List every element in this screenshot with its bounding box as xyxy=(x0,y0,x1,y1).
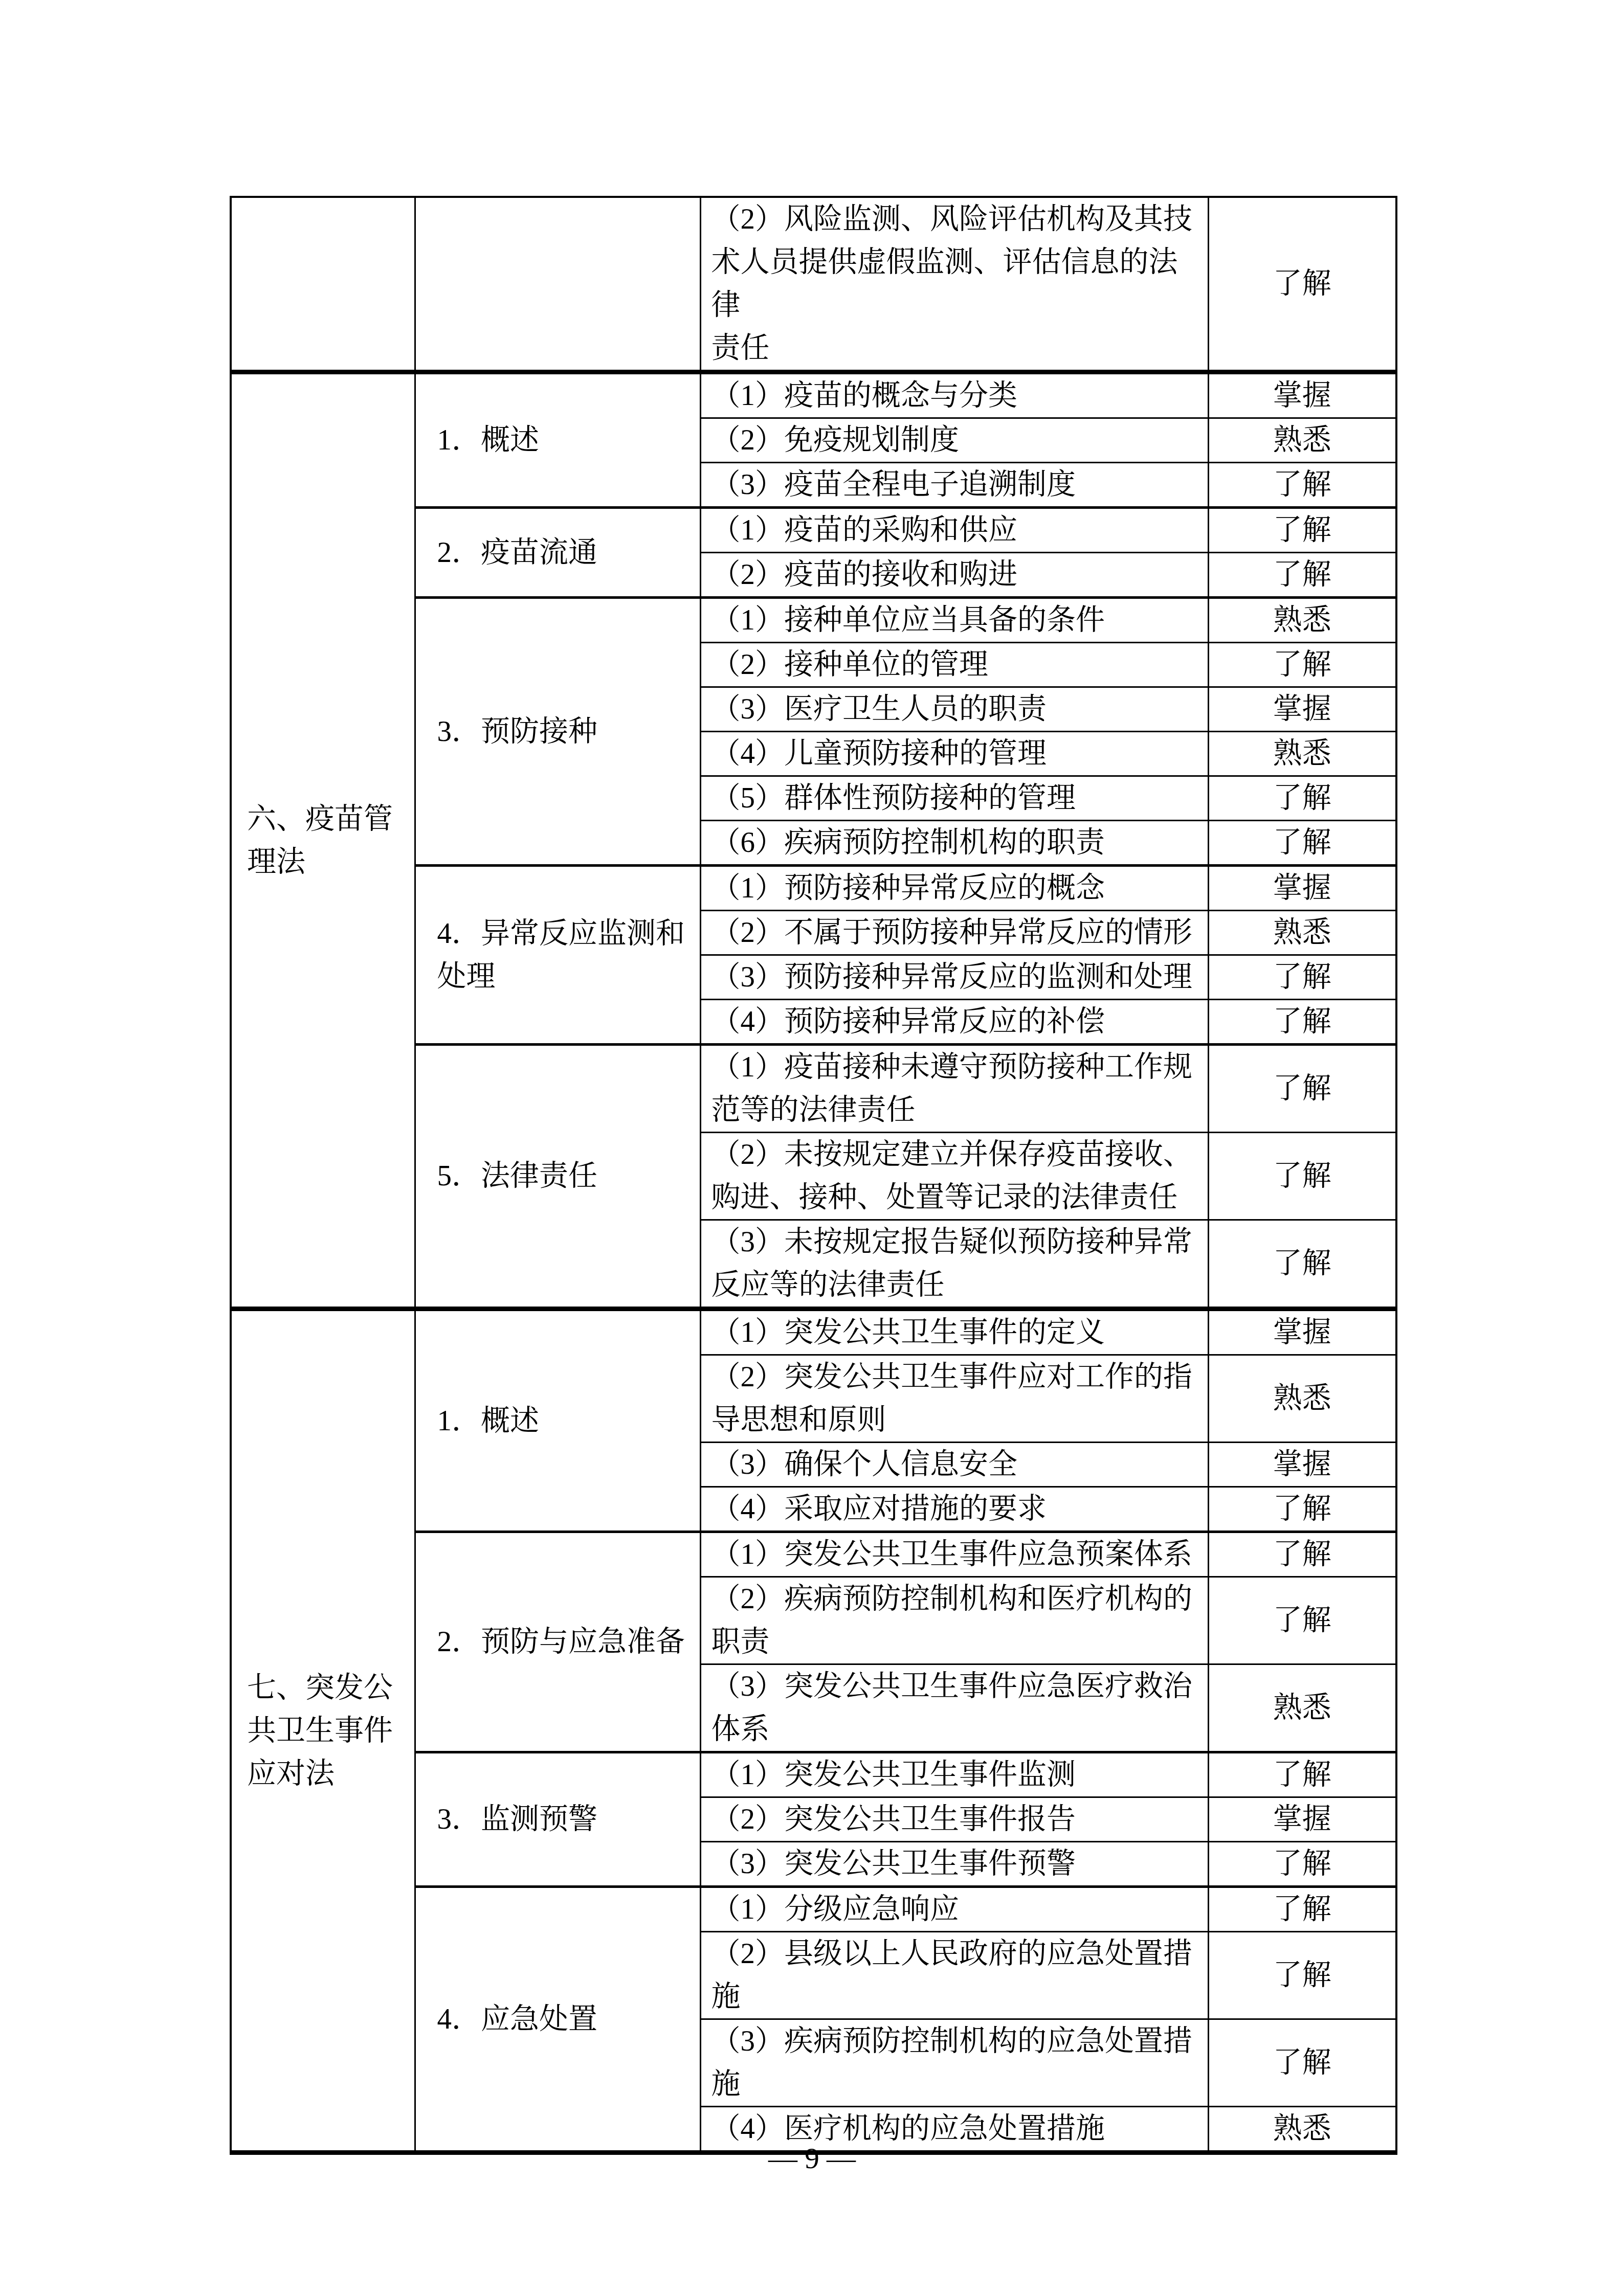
level-cell: 熟悉 xyxy=(1208,911,1396,955)
item-cell: （3）确保个人信息安全 xyxy=(700,1443,1208,1487)
level-cell: 了解 xyxy=(1208,1220,1396,1309)
table-row: 六、疫苗管 理法 1．概述 （1）疫苗的概念与分类 掌握 xyxy=(231,372,1396,418)
level-cell: 了解 xyxy=(1208,508,1396,553)
item-cell: （4）采取应对措施的要求 xyxy=(700,1487,1208,1532)
section-cell: 5．法律责任 xyxy=(415,1045,700,1309)
item-cell: （1）分级应急响应 xyxy=(700,1887,1208,1932)
item-cell: （3）疫苗全程电子追溯制度 xyxy=(700,463,1208,508)
section-cell: 1．概述 xyxy=(415,1309,700,1532)
item-cell: （2）风险监测、风险评估机构及其技 术人员提供虚假监测、评估信息的法律 责任 xyxy=(700,197,1208,372)
level-cell: 熟悉 xyxy=(1208,1664,1396,1752)
level-cell: 了解 xyxy=(1208,776,1396,821)
section-cell: 2．预防与应急准备 xyxy=(415,1532,700,1752)
level-cell: 了解 xyxy=(1208,2019,1396,2107)
level-cell: 了解 xyxy=(1208,197,1396,372)
item-cell: （3）医疗卫生人员的职责 xyxy=(700,687,1208,732)
chapter-cell-empty xyxy=(231,197,415,372)
document-page: （2）风险监测、风险评估机构及其技 术人员提供虚假监测、评估信息的法律 责任 了… xyxy=(0,0,1624,2296)
level-cell: 掌握 xyxy=(1208,866,1396,911)
level-cell: 了解 xyxy=(1208,1133,1396,1220)
level-cell: 了解 xyxy=(1208,1532,1396,1577)
page-number: — 9 — xyxy=(0,2137,1624,2180)
level-cell: 了解 xyxy=(1208,643,1396,687)
syllabus-table: （2）风险监测、风险评估机构及其技 术人员提供虚假监测、评估信息的法律 责任 了… xyxy=(230,196,1397,2155)
level-cell: 了解 xyxy=(1208,1887,1396,1932)
level-cell: 了解 xyxy=(1208,1577,1396,1664)
syllabus-table-container: （2）风险监测、风险评估机构及其技 术人员提供虚假监测、评估信息的法律 责任 了… xyxy=(230,196,1397,2155)
item-cell: （2）不属于预防接种异常反应的情形 xyxy=(700,911,1208,955)
item-cell: （2）疫苗的接收和购进 xyxy=(700,553,1208,598)
item-cell: （2）接种单位的管理 xyxy=(700,643,1208,687)
item-cell: （1）疫苗的采购和供应 xyxy=(700,508,1208,553)
item-cell: （2）疾病预防控制机构和医疗机构的 职责 xyxy=(700,1577,1208,1664)
chapter-cell: 七、突发公 共卫生事件 应对法 xyxy=(231,1309,415,2153)
item-cell: （1）突发公共卫生事件监测 xyxy=(700,1752,1208,1797)
table-row: （2）风险监测、风险评估机构及其技 术人员提供虚假监测、评估信息的法律 责任 了… xyxy=(231,197,1396,372)
item-cell: （2）县级以上人民政府的应急处置措 施 xyxy=(700,1932,1208,2019)
item-cell: （1）预防接种异常反应的概念 xyxy=(700,866,1208,911)
level-cell: 熟悉 xyxy=(1208,1355,1396,1443)
item-cell: （3）未按规定报告疑似预防接种异常 反应等的法律责任 xyxy=(700,1220,1208,1309)
item-cell: （4）儿童预防接种的管理 xyxy=(700,732,1208,776)
section-cell: 4．应急处置 xyxy=(415,1887,700,2153)
item-cell: （6）疾病预防控制机构的职责 xyxy=(700,821,1208,866)
level-cell: 了解 xyxy=(1208,955,1396,1000)
level-cell: 了解 xyxy=(1208,463,1396,508)
item-cell: （3）疾病预防控制机构的应急处置措 施 xyxy=(700,2019,1208,2107)
level-cell: 了解 xyxy=(1208,1752,1396,1797)
item-cell: （1）疫苗接种未遵守预防接种工作规 范等的法律责任 xyxy=(700,1045,1208,1133)
item-cell: （1）接种单位应当具备的条件 xyxy=(700,598,1208,643)
section-cell: 3．监测预警 xyxy=(415,1752,700,1887)
item-cell: （1）突发公共卫生事件应急预案体系 xyxy=(700,1532,1208,1577)
item-cell: （2）未按规定建立并保存疫苗接收、 购进、接种、处置等记录的法律责任 xyxy=(700,1133,1208,1220)
level-cell: 了解 xyxy=(1208,1045,1396,1133)
level-cell: 了解 xyxy=(1208,553,1396,598)
section-cell: 4．异常反应监测和 处理 xyxy=(415,866,700,1045)
level-cell: 了解 xyxy=(1208,821,1396,866)
level-cell: 了解 xyxy=(1208,1842,1396,1887)
chapter-cell: 六、疫苗管 理法 xyxy=(231,372,415,1309)
table-row: 七、突发公 共卫生事件 应对法 1．概述 （1）突发公共卫生事件的定义 掌握 xyxy=(231,1309,1396,1355)
level-cell: 掌握 xyxy=(1208,1309,1396,1355)
item-cell: （5）群体性预防接种的管理 xyxy=(700,776,1208,821)
level-cell: 掌握 xyxy=(1208,1797,1396,1842)
item-cell: （1）突发公共卫生事件的定义 xyxy=(700,1309,1208,1355)
level-cell: 掌握 xyxy=(1208,687,1396,732)
item-cell: （2）突发公共卫生事件报告 xyxy=(700,1797,1208,1842)
level-cell: 了解 xyxy=(1208,1000,1396,1045)
section-cell-empty xyxy=(415,197,700,372)
section-cell: 1．概述 xyxy=(415,372,700,508)
item-cell: （2）突发公共卫生事件应对工作的指 导思想和原则 xyxy=(700,1355,1208,1443)
level-cell: 掌握 xyxy=(1208,372,1396,418)
level-cell: 掌握 xyxy=(1208,1443,1396,1487)
level-cell: 熟悉 xyxy=(1208,418,1396,463)
level-cell: 了解 xyxy=(1208,1487,1396,1532)
level-cell: 熟悉 xyxy=(1208,732,1396,776)
item-cell: （4）预防接种异常反应的补偿 xyxy=(700,1000,1208,1045)
item-cell: （3）预防接种异常反应的监测和处理 xyxy=(700,955,1208,1000)
item-cell: （3）突发公共卫生事件应急医疗救治 体系 xyxy=(700,1664,1208,1752)
item-cell: （3）突发公共卫生事件预警 xyxy=(700,1842,1208,1887)
section-cell: 3．预防接种 xyxy=(415,598,700,866)
level-cell: 熟悉 xyxy=(1208,598,1396,643)
section-cell: 2．疫苗流通 xyxy=(415,508,700,598)
level-cell: 了解 xyxy=(1208,1932,1396,2019)
item-cell: （2）免疫规划制度 xyxy=(700,418,1208,463)
item-cell: （1）疫苗的概念与分类 xyxy=(700,372,1208,418)
